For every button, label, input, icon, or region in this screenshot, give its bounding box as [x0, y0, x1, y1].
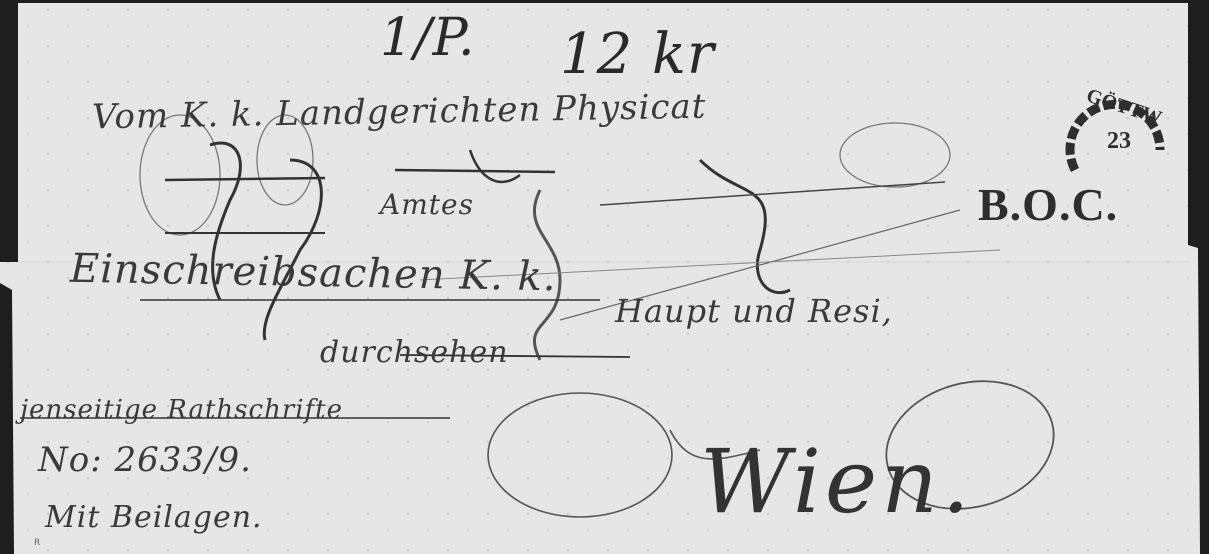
circular-postmark-day: 23 — [1107, 128, 1131, 155]
corner-mark: R — [34, 538, 40, 548]
address-line-4: durchsehen — [320, 335, 509, 370]
destination-city: Wien. — [700, 430, 974, 533]
rate-mark-right: 12 kr — [560, 22, 715, 87]
left-note-number: No: 2633/9. — [38, 440, 252, 480]
rate-mark-left: 1/P. — [380, 8, 476, 68]
address-line-3: Einschreibsachen K. k. — [70, 246, 557, 300]
left-note-1: jenseitige Rathschrifte — [20, 395, 343, 425]
left-note-enclosures: Mit Beilagen. — [45, 500, 263, 535]
letter-cover: 1/P. 12 kr Vom K. k. Landgerichten Physi… — [0, 0, 1209, 554]
straight-line-postmark: B.O.C. — [978, 178, 1118, 231]
address-line-5: Haupt und Resi, — [615, 292, 893, 330]
address-line-2: Amtes — [380, 188, 474, 221]
